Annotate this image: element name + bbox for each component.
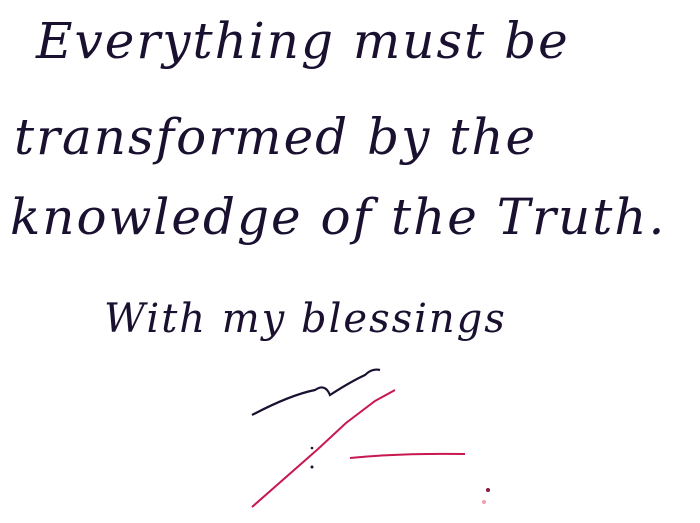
- note-line-4: With my blessings: [104, 296, 507, 342]
- handwritten-note: Everything must be transformed by the kn…: [0, 0, 700, 523]
- note-line-1: Everything must be: [36, 12, 570, 70]
- note-line-3: knowledge of the Truth.: [10, 188, 666, 246]
- note-line-2: transformed by the: [14, 108, 537, 166]
- signature: [200, 350, 550, 523]
